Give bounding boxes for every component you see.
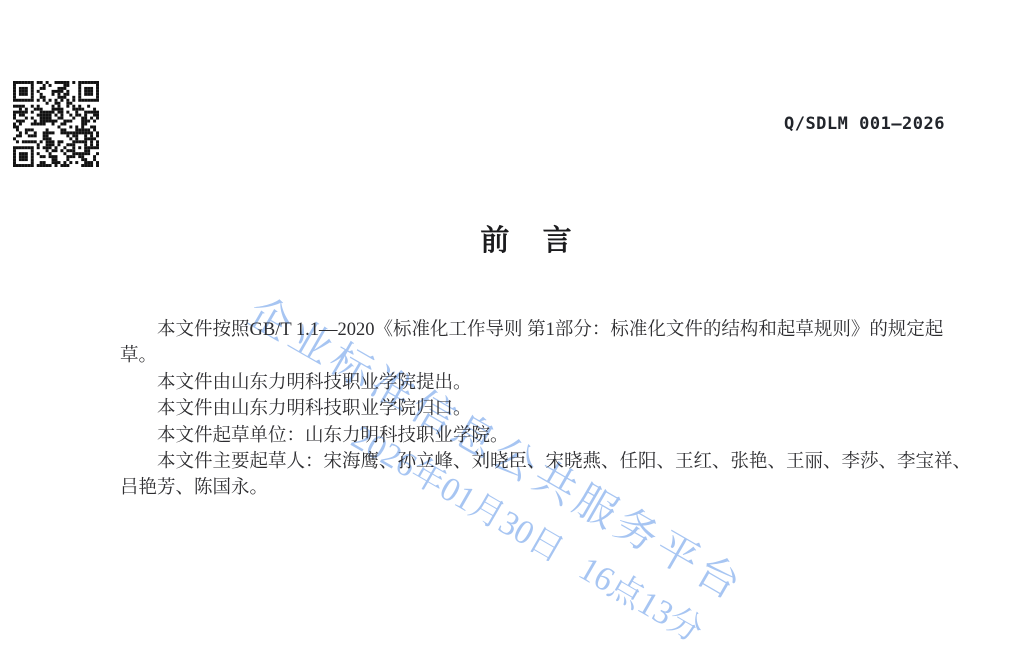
page-title: 前 言 [120,218,932,259]
body-line: 草。 [120,343,971,369]
body-line: 本文件由山东力明科技职业学院提出。 [120,370,971,396]
document-body: 本文件按照GB/T 1.1—2020《标准化工作导则 第1部分：标准化文件的结构… [120,317,971,502]
document-number: Q/SDLM 001—2026 [784,114,945,134]
qr-code-icon [13,81,99,167]
body-line: 本文件按照GB/T 1.1—2020《标准化工作导则 第1部分：标准化文件的结构… [120,317,971,343]
body-line: 吕艳芳、陈国永。 [120,475,971,501]
document-page: Q/SDLM 001—2026 企业标准信息公共服务平台 2026年01月30日… [0,0,1024,658]
body-line: 本文件主要起草人：宋海鹰、孙立峰、刘晓臣、宋晓燕、任阳、王红、张艳、王丽、李莎、… [120,449,971,475]
body-line: 本文件起草单位：山东力明科技职业学院。 [120,423,971,449]
body-line: 本文件由山东力明科技职业学院归口。 [120,396,971,422]
